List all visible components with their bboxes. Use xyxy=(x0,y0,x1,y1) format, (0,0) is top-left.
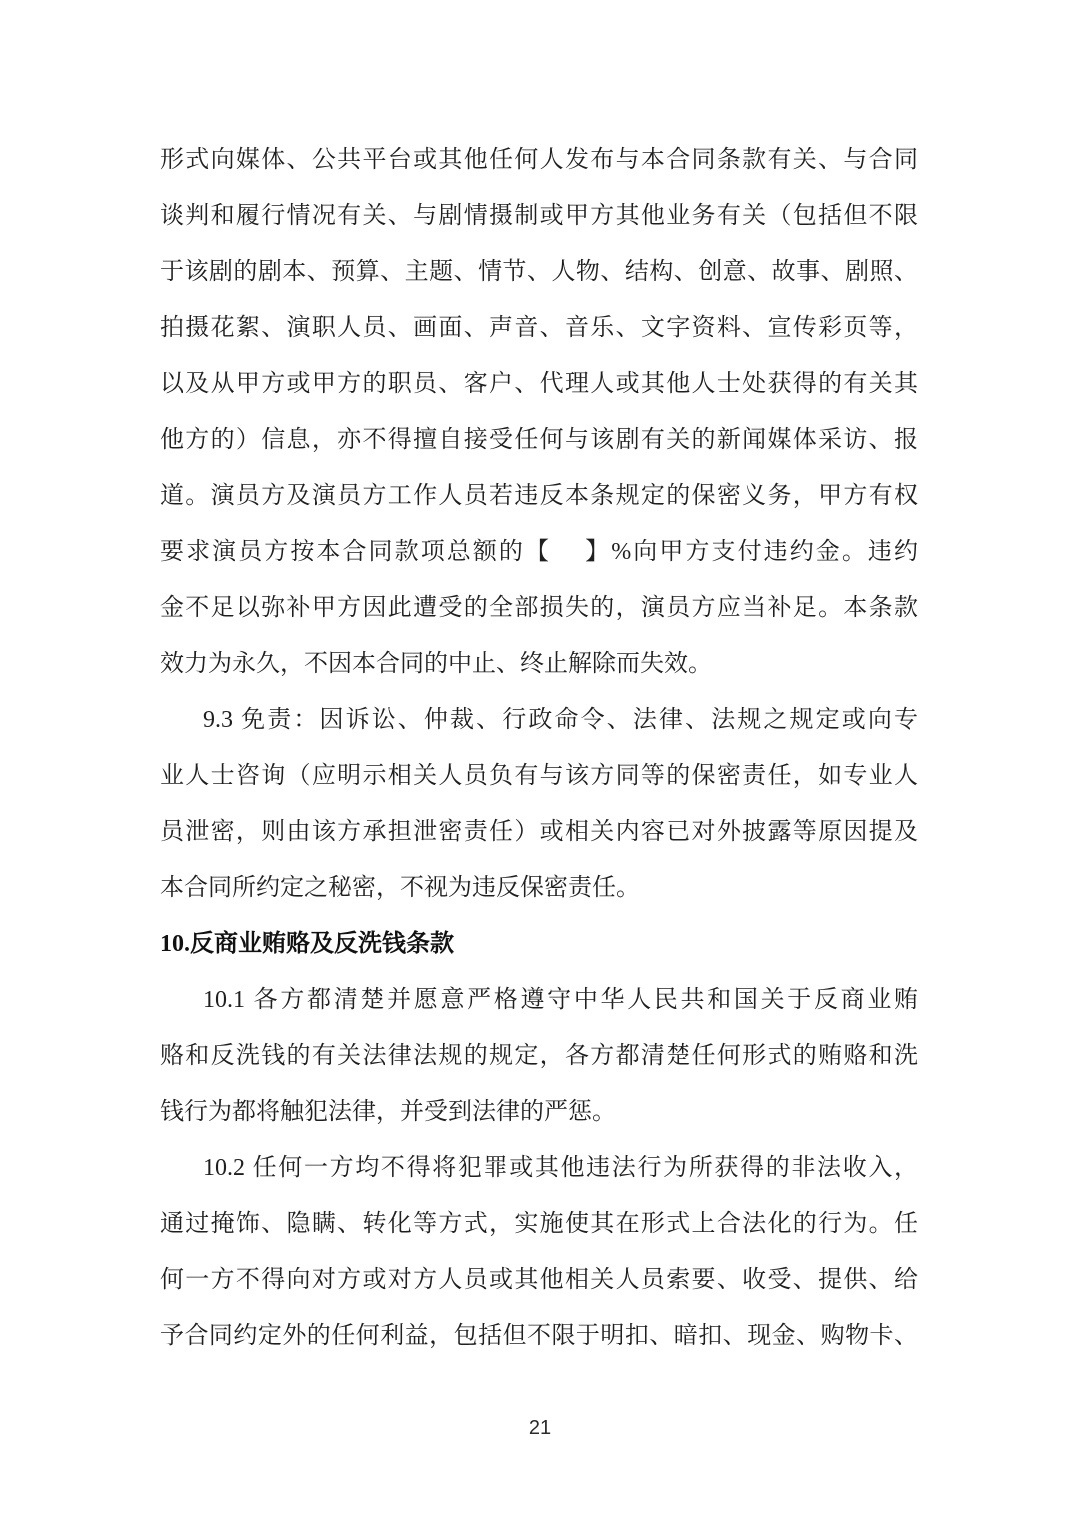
contract-text-line: 谈判和履行情况有关、与剧情摄制或甲方其他业务有关（包括但不限 xyxy=(160,188,918,244)
contract-text-line: 业人士咨询（应明示相关人员负有与该方同等的保密责任，如专业人 xyxy=(160,748,918,804)
contract-text-line: 钱行为都将触犯法律，并受到法律的严惩。 xyxy=(160,1084,918,1140)
contract-text-line: 金不足以弥补甲方因此遭受的全部损失的，演员方应当补足。本条款 xyxy=(160,580,918,636)
contract-text-line: 道。演员方及演员方工作人员若违反本条规定的保密义务，甲方有权 xyxy=(160,468,918,524)
clause-10-1-line: 10.1 各方都清楚并愿意严格遵守中华人民共和国关于反商业贿 xyxy=(160,972,918,1028)
contract-text-line: 于该剧的剧本、预算、主题、情节、人物、结构、创意、故事、剧照、 xyxy=(160,244,918,300)
contract-text-line: 本合同所约定之秘密，不视为违反保密责任。 xyxy=(160,860,918,916)
contract-text-line: 何一方不得向对方或对方人员或其他相关人员索要、收受、提供、给 xyxy=(160,1252,918,1308)
contract-text-line: 形式向媒体、公共平台或其他任何人发布与本合同条款有关、与合同 xyxy=(160,132,918,188)
contract-text-line: 拍摄花絮、演职人员、画面、声音、音乐、文字资料、宣传彩页等， xyxy=(160,300,918,356)
contract-text-line: 以及从甲方或甲方的职员、客户、代理人或其他人士处获得的有关其 xyxy=(160,356,918,412)
section-10-heading: 10.反商业贿赂及反洗钱条款 xyxy=(160,916,918,972)
contract-text-line: 予合同约定外的任何利益，包括但不限于明扣、暗扣、现金、购物卡、 xyxy=(160,1308,918,1364)
penalty-blank-fill-line: 要求演员方按本合同款项总额的【 】%向甲方支付违约金。违约 xyxy=(160,524,918,580)
clause-9-3-line: 9.3 免责：因诉讼、仲裁、行政命令、法律、法规之规定或向专 xyxy=(160,692,918,748)
contract-page: 形式向媒体、公共平台或其他任何人发布与本合同条款有关、与合同 谈判和履行情况有关… xyxy=(0,0,1080,1527)
contract-text-line: 通过掩饰、隐瞒、转化等方式，实施使其在形式上合法化的行为。任 xyxy=(160,1196,918,1252)
contract-text-line: 他方的）信息，亦不得擅自接受任何与该剧有关的新闻媒体采访、报 xyxy=(160,412,918,468)
contract-text-line: 赂和反洗钱的有关法律法规的规定，各方都清楚任何形式的贿赂和洗 xyxy=(160,1028,918,1084)
contract-text-line: 效力为永久，不因本合同的中止、终止解除而失效。 xyxy=(160,636,918,692)
page-number: 21 xyxy=(0,1413,1080,1443)
clause-10-2-line: 10.2 任何一方均不得将犯罪或其他违法行为所获得的非法收入， xyxy=(160,1140,918,1196)
contract-text-line: 员泄密，则由该方承担泄密责任）或相关内容已对外披露等原因提及 xyxy=(160,804,918,860)
contract-text-block: 形式向媒体、公共平台或其他任何人发布与本合同条款有关、与合同 谈判和履行情况有关… xyxy=(160,132,918,1364)
